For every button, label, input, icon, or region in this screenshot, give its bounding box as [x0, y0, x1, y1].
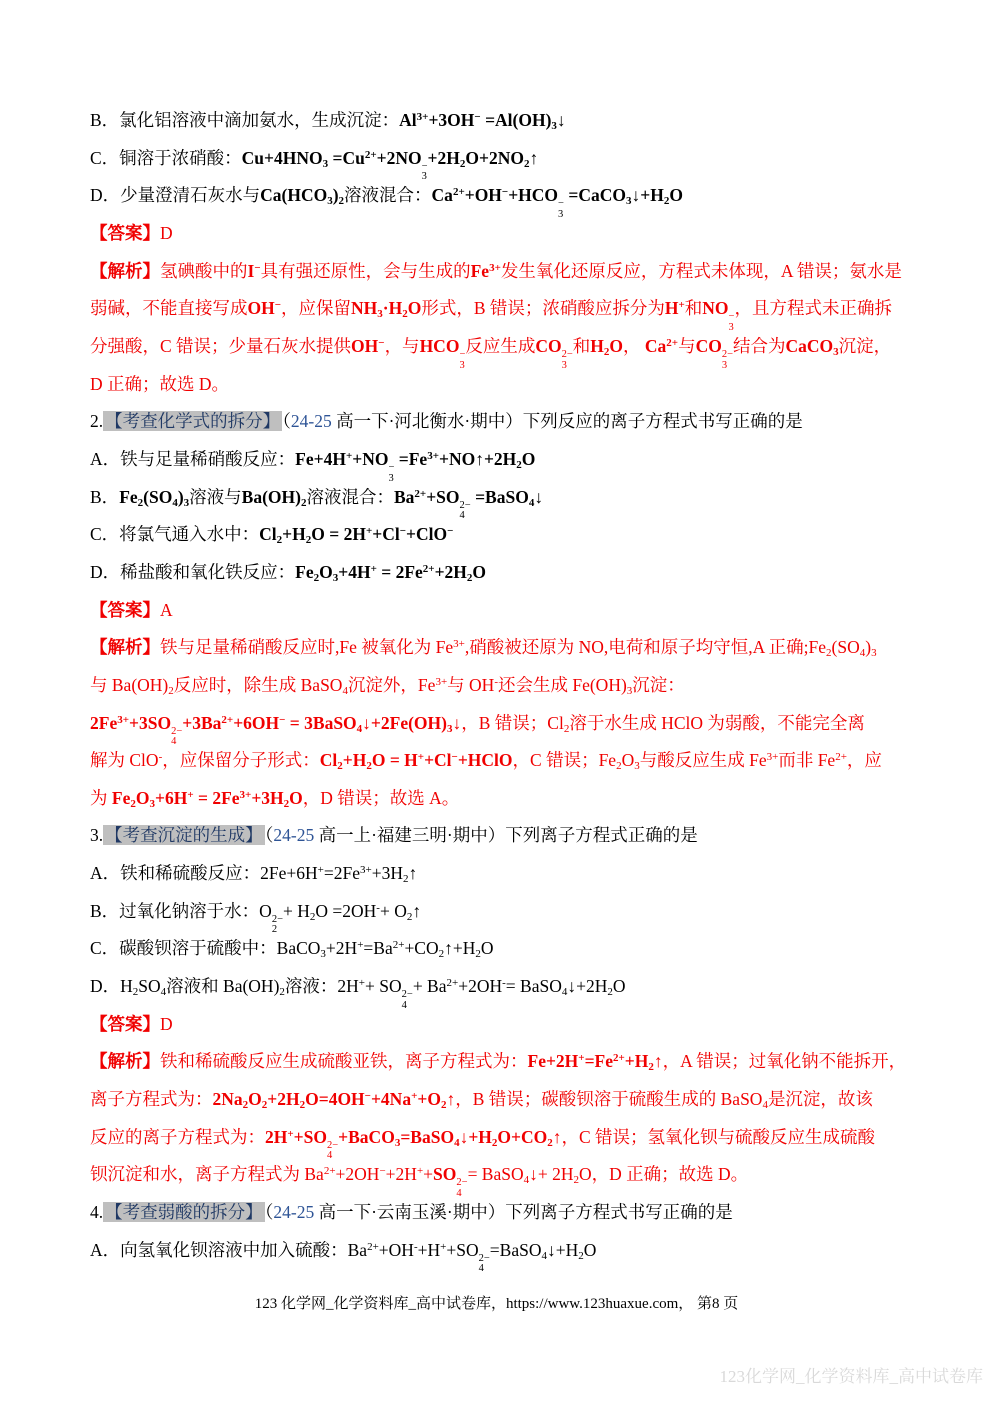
- q2-analysis-2: 与 Ba(OH)2反应时，除生成 BaSO4沉淀外，Fe3+与 OH-还会生成 …: [90, 667, 920, 705]
- q3-header: 3.【考查沉淀的生成】（24-25 高一上·福建三明·期中）下列离子方程式正确的…: [90, 817, 920, 855]
- q3-option-b: B．过氧化钠溶于水：O2−2+ H2O =2OH-+ O2↑: [90, 893, 920, 931]
- q2-analysis-1: 【解析】铁与足量稀硝酸反应时,Fe 被氧化为 Fe3+,硝酸被还原为 NO,电荷…: [90, 629, 920, 667]
- q1-option-d: D．少量澄清石灰水与Ca(HCO3)2溶液混合：Ca2++OH−+HCO−3 =…: [90, 177, 920, 215]
- q3-option-a: A．铁和稀硫酸反应：2Fe+6H+=2Fe3++3H2↑: [90, 855, 920, 893]
- q3-analysis-3: 反应的离子方程式为：2H++SO2−4+BaCO3=BaSO4↓+H2O+CO2…: [90, 1119, 920, 1157]
- q4-header: 4.【考查弱酸的拆分】（24-25 高一下·云南玉溪·期中）下列离子方程式书写正…: [90, 1194, 920, 1232]
- q1-option-b: B．氯化铝溶液中滴加氨水，生成沉淀：Al3++3OH− =Al(OH)3↓: [90, 102, 920, 140]
- q2-analysis-4: 解为 ClO-，应保留分子形式：Cl2+H2O = H++Cl−+HClO，C …: [90, 742, 920, 780]
- q2-analysis-3: 2Fe3++3SO2−4+3Ba2++6OH− = 3BaSO4↓+2Fe(OH…: [90, 705, 920, 743]
- q1-analysis-3: 分强酸，C 错误；少量石灰水提供OH−，与HCO−3反应生成CO2−3和H2O，…: [90, 328, 920, 366]
- q2-option-b: B．Fe2(SO4)3溶液与Ba(OH)2溶液混合：Ba2++SO2−4 =Ba…: [90, 479, 920, 517]
- q2-analysis-5: 为 Fe2O3+6H+ = 2Fe3++3H2O，D 错误；故选 A。: [90, 780, 920, 818]
- q2-option-a: A．铁与足量稀硝酸反应：Fe+4H++NO−3 =Fe3++NO↑+2H2O: [90, 441, 920, 479]
- q1-answer: 【答案】D: [90, 215, 920, 253]
- document-body: B．氯化铝溶液中滴加氨水，生成沉淀：Al3++3OH− =Al(OH)3↓C．铜…: [90, 102, 920, 1269]
- q3-option-d: D．H2SO4溶液和 Ba(OH)2溶液：2H++ SO2−4+ Ba2++2O…: [90, 968, 920, 1006]
- watermark: 123化学网_化学资料库_高中试卷库: [720, 1362, 984, 1387]
- q2-option-d: D．稀盐酸和氧化铁反应：Fe2O3+4H+ = 2Fe2++2H2O: [90, 554, 920, 592]
- q3-analysis-4: 钡沉淀和水，离子方程式为 Ba2++2OH−+2H++SO2−4= BaSO4↓…: [90, 1156, 920, 1194]
- q1-analysis-4: D 正确；故选 D。: [90, 366, 920, 404]
- q1-option-c: C．铜溶于浓硝酸：Cu+4HNO3 =Cu2++2NO−3+2H2O+2NO2↑: [90, 140, 920, 178]
- q2-answer: 【答案】A: [90, 592, 920, 630]
- q2-option-c: C．将氯气通入水中：Cl2+H2O = 2H++Cl−+ClO−: [90, 516, 920, 554]
- page-footer: 123 化学网_化学资料库_高中试卷库，https://www.123huaxu…: [0, 1292, 993, 1313]
- q2-header: 2.【考查化学式的拆分】（24-25 高一下·河北衡水·期中）下列反应的离子方程…: [90, 403, 920, 441]
- q1-analysis-2: 弱碱，不能直接写成OH−，应保留NH3·H2O形式，B 错误；浓硝酸应拆分为H+…: [90, 290, 920, 328]
- q1-analysis-1: 【解析】氢碘酸中的I−具有强还原性，会与生成的Fe3+发生氧化还原反应，方程式未…: [90, 253, 920, 291]
- q3-analysis-2: 离子方程式为：2Na2O2+2H2O=4OH−+4Na++O2↑，B 错误；碳酸…: [90, 1081, 920, 1119]
- q4-option-a: A．向氢氧化钡溶液中加入硫酸：Ba2++OH-+H++SO2−4=BaSO4↓+…: [90, 1232, 920, 1270]
- q3-analysis-1: 【解析】铁和稀硫酸反应生成硫酸亚铁，离子方程式为：Fe+2H+=Fe2++H2↑…: [90, 1043, 920, 1081]
- q3-answer: 【答案】D: [90, 1006, 920, 1044]
- q3-option-c: C．碳酸钡溶于硫酸中：BaCO3+2H+=Ba2++CO2↑+H2O: [90, 930, 920, 968]
